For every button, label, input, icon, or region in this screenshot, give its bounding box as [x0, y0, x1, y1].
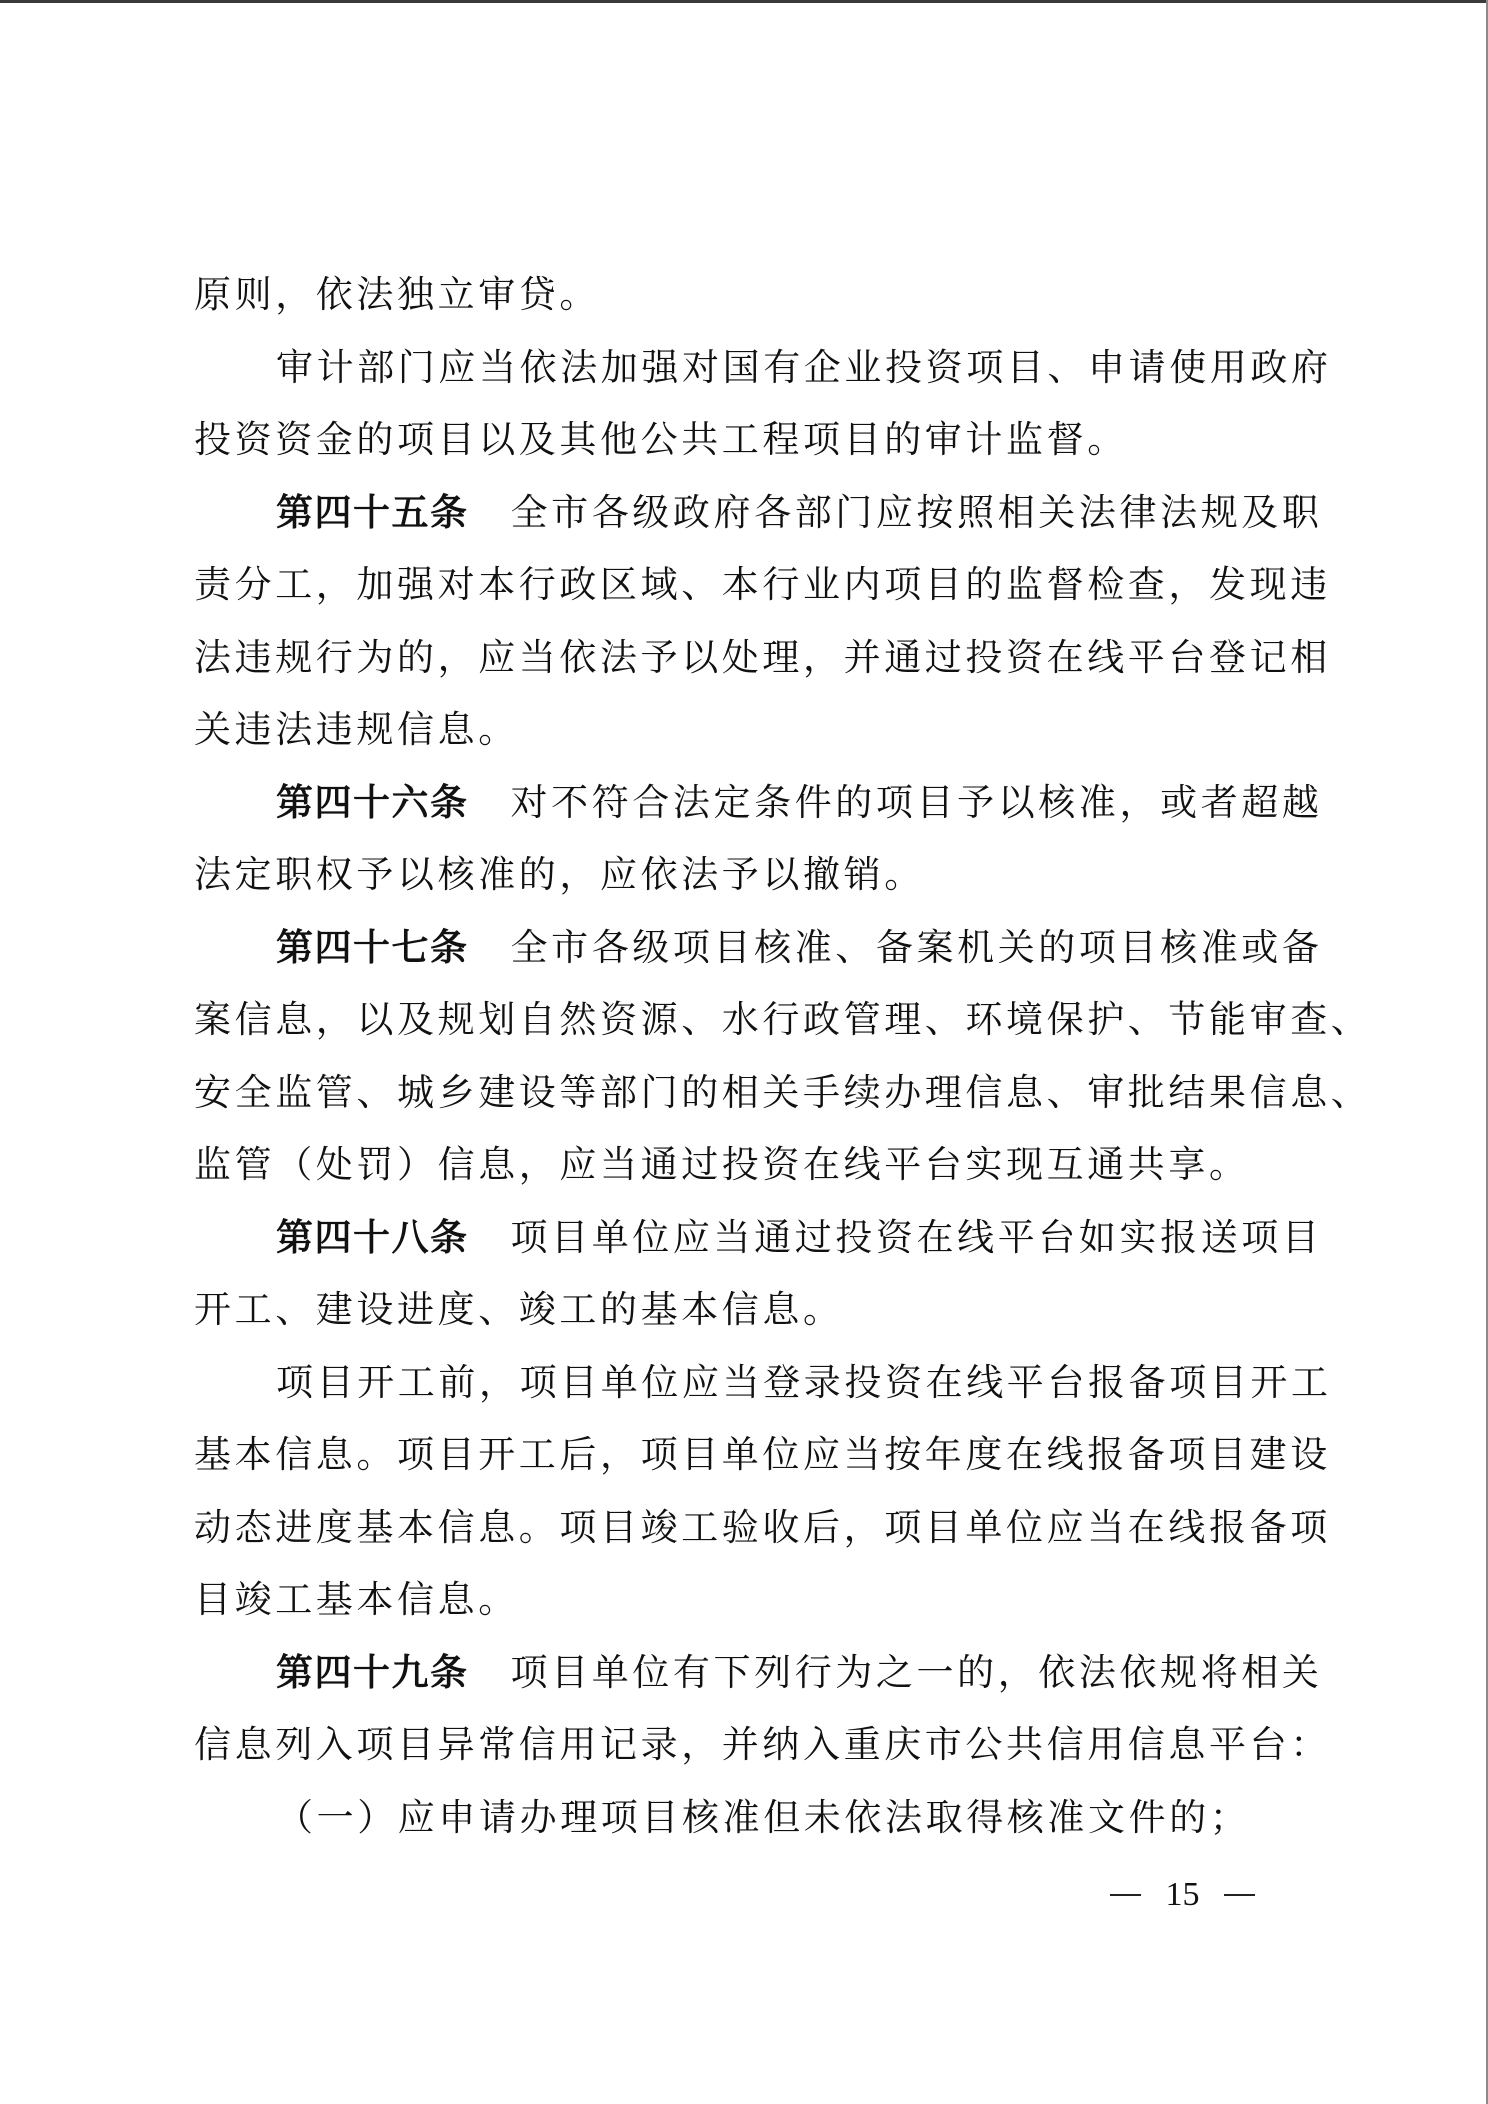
text-line: 目竣工基本信息。: [194, 1564, 1304, 1637]
text-line: 关违法违规信息。: [194, 694, 1304, 767]
text-line: 动态进度基本信息。项目竣工验收后，项目单位应当在线报备项: [194, 1492, 1304, 1565]
article-text: 项目单位有下列行为之一的，依法依规将相关: [511, 1651, 1323, 1694]
article-heading: 第四十七条: [276, 926, 469, 969]
text-line: 投资资金的项目以及其他公共工程项目的审计监督。: [194, 404, 1304, 477]
page-top-border: [0, 0, 1488, 3]
article-46: 第四十六条对不符合法定条件的项目予以核准，或者超越: [194, 767, 1304, 840]
page-number: 15: [1110, 1876, 1255, 1914]
article-heading: 第四十九条: [276, 1651, 469, 1694]
dash-right: [1224, 1894, 1255, 1896]
list-item: （一）应申请办理项目核准但未依法取得核准文件的；: [194, 1782, 1304, 1855]
text-line: 原则，依法独立审贷。: [194, 259, 1304, 332]
article-48: 第四十八条项目单位应当通过投资在线平台如实报送项目: [194, 1202, 1304, 1275]
text-line: 信息列入项目异常信用记录，并纳入重庆市公共信用信息平台：: [194, 1709, 1304, 1782]
article-text: 全市各级项目核准、备案机关的项目核准或备: [511, 926, 1323, 969]
text-line: 开工、建设进度、竣工的基本信息。: [194, 1274, 1304, 1347]
paragraph-start: 项目开工前，项目单位应当登录投资在线平台报备项目开工: [194, 1347, 1304, 1420]
article-text: 对不符合法定条件的项目予以核准，或者超越: [511, 781, 1323, 824]
text-line: 监管（处罚）信息，应当通过投资在线平台实现互通共享。: [194, 1129, 1304, 1202]
dash-left: [1110, 1894, 1141, 1896]
page-number-value: 15: [1166, 1876, 1200, 1914]
document-body: 原则，依法独立审贷。 审计部门应当依法加强对国有企业投资项目、申请使用政府 投资…: [194, 259, 1304, 1854]
article-45: 第四十五条全市各级政府各部门应按照相关法律法规及职: [194, 477, 1304, 550]
article-heading: 第四十五条: [276, 491, 469, 534]
text-line: 法违规行为的，应当依法予以处理，并通过投资在线平台登记相: [194, 622, 1304, 695]
article-47: 第四十七条全市各级项目核准、备案机关的项目核准或备: [194, 912, 1304, 985]
article-text: 项目单位应当通过投资在线平台如实报送项目: [511, 1216, 1323, 1259]
text-line: 法定职权予以核准的，应依法予以撤销。: [194, 839, 1304, 912]
text-line: 基本信息。项目开工后，项目单位应当按年度在线报备项目建设: [194, 1419, 1304, 1492]
text-line: 案信息，以及规划自然资源、水行政管理、环境保护、节能审查、: [194, 984, 1304, 1057]
text-line: 责分工，加强对本行政区域、本行业内项目的监督检查，发现违: [194, 549, 1304, 622]
article-heading: 第四十八条: [276, 1216, 469, 1259]
article-heading: 第四十六条: [276, 781, 469, 824]
paragraph-start: 审计部门应当依法加强对国有企业投资项目、申请使用政府: [194, 332, 1304, 405]
text-line: 安全监管、城乡建设等部门的相关手续办理信息、审批结果信息、: [194, 1057, 1304, 1130]
article-text: 全市各级政府各部门应按照相关法律法规及职: [511, 491, 1323, 534]
article-49: 第四十九条项目单位有下列行为之一的，依法依规将相关: [194, 1637, 1304, 1710]
